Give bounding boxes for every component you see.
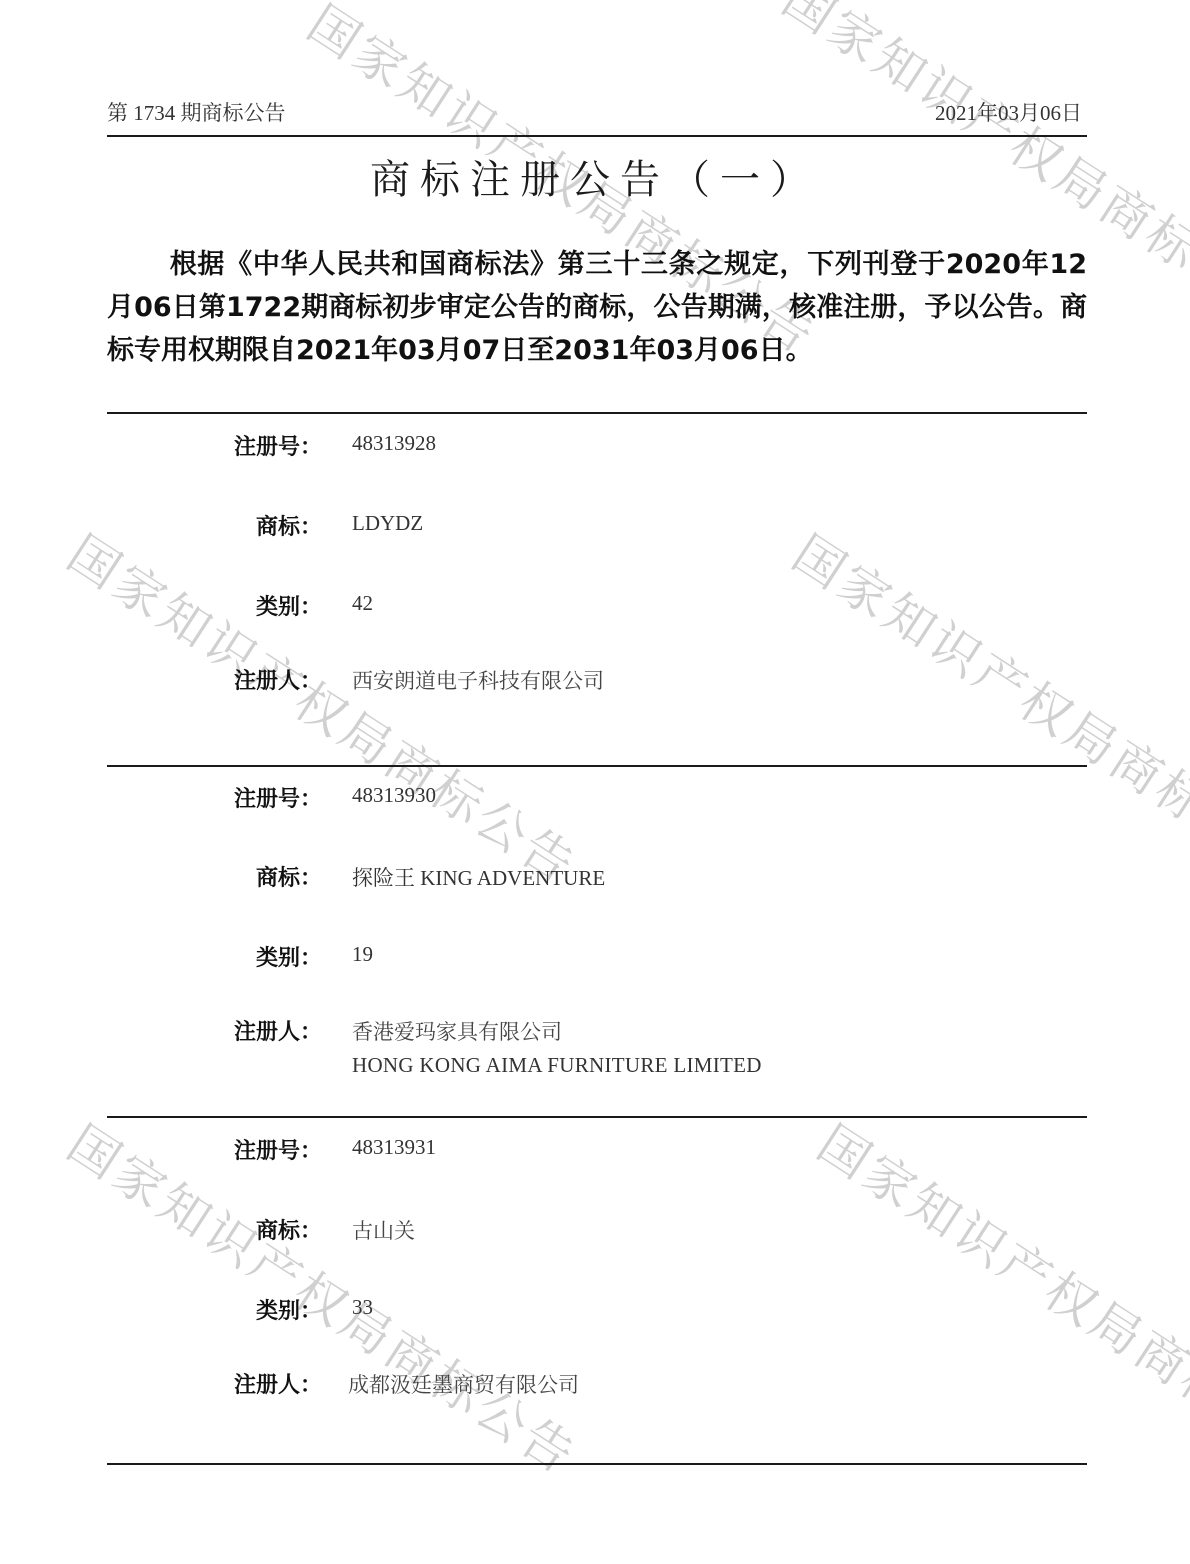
- registrant-english-value: HONG KONG AIMA FURNITURE LIMITED: [352, 1053, 762, 1078]
- class-field: 类别： 42: [0, 590, 1190, 622]
- reg-no-field: 注册号： 48313928: [0, 430, 1190, 462]
- mark-value: 古山关: [352, 1215, 415, 1245]
- registrant-field: 注册人： 香港爱玛家具有限公司 HONG KONG AIMA FURNITURE…: [0, 1015, 1190, 1047]
- header-divider: [107, 135, 1087, 137]
- mark-value: LDYDZ: [352, 511, 423, 536]
- document-page: 国家知识产权局商标公告 国家知识产权局商标公告 国家知识产权局商标公告 国家知识…: [0, 0, 1190, 1564]
- watermark: 国家知识产权局商标公告: [56, 515, 593, 899]
- page-title: 商标注册公告（一）: [0, 148, 1190, 205]
- registrant-value: 香港爱玛家具有限公司: [352, 1016, 562, 1046]
- publication-date: 2021年03月06日: [935, 97, 1082, 127]
- registrant-field: 注册人： 西安朗道电子科技有限公司: [0, 664, 1190, 696]
- class-field: 类别： 19: [0, 941, 1190, 973]
- class-label: 类别：: [256, 590, 322, 621]
- reg-no-value: 48313931: [352, 1135, 436, 1160]
- reg-no-field: 注册号： 48313930: [0, 782, 1190, 814]
- registrant-label: 注册人：: [234, 664, 322, 695]
- page-header: 第 1734 期商标公告 2021年03月06日: [107, 95, 1082, 135]
- reg-no-value: 48313930: [352, 783, 436, 808]
- intro-text: 根据《中华人民共和国商标法》第三十三条之规定，下列刊登于2020年12月06日第…: [107, 249, 1087, 366]
- mark-field: 商标： 古山关: [0, 1214, 1190, 1246]
- registrant-field: 注册人： 成都汲廷墨商贸有限公司: [0, 1368, 1190, 1400]
- mark-field: 商标： LDYDZ: [0, 510, 1190, 542]
- mark-label: 商标：: [256, 1214, 322, 1245]
- reg-no-label: 注册号：: [234, 1134, 322, 1165]
- class-value: 19: [352, 942, 373, 967]
- entry-divider: [107, 1116, 1087, 1118]
- watermark: 国家知识产权局商标公告: [781, 515, 1190, 899]
- class-label: 类别：: [256, 1294, 322, 1325]
- reg-no-field: 注册号： 48313931: [0, 1134, 1190, 1166]
- class-value: 42: [352, 591, 373, 616]
- mark-label: 商标：: [256, 861, 322, 892]
- registrant-label: 注册人：: [234, 1015, 322, 1046]
- intro-paragraph: 根据《中华人民共和国商标法》第三十三条之规定，下列刊登于2020年12月06日第…: [107, 243, 1087, 372]
- mark-value: 探险王 KING ADVENTURE: [352, 862, 605, 892]
- registrant-value: 西安朗道电子科技有限公司: [352, 665, 604, 695]
- class-label: 类别：: [256, 941, 322, 972]
- reg-no-value: 48313928: [352, 431, 436, 456]
- issue-number: 第 1734 期商标公告: [107, 97, 286, 127]
- class-value: 33: [352, 1295, 373, 1320]
- entry-divider: [107, 1463, 1087, 1465]
- reg-no-label: 注册号：: [234, 782, 322, 813]
- mark-field: 商标： 探险王 KING ADVENTURE: [0, 861, 1190, 893]
- mark-label: 商标：: [256, 510, 322, 541]
- entry-divider: [107, 765, 1087, 767]
- entry-divider: [107, 412, 1087, 414]
- class-field: 类别： 33: [0, 1294, 1190, 1326]
- reg-no-label: 注册号：: [234, 430, 322, 461]
- registrant-value: 成都汲廷墨商贸有限公司: [348, 1369, 579, 1399]
- registrant-label: 注册人：: [234, 1368, 322, 1399]
